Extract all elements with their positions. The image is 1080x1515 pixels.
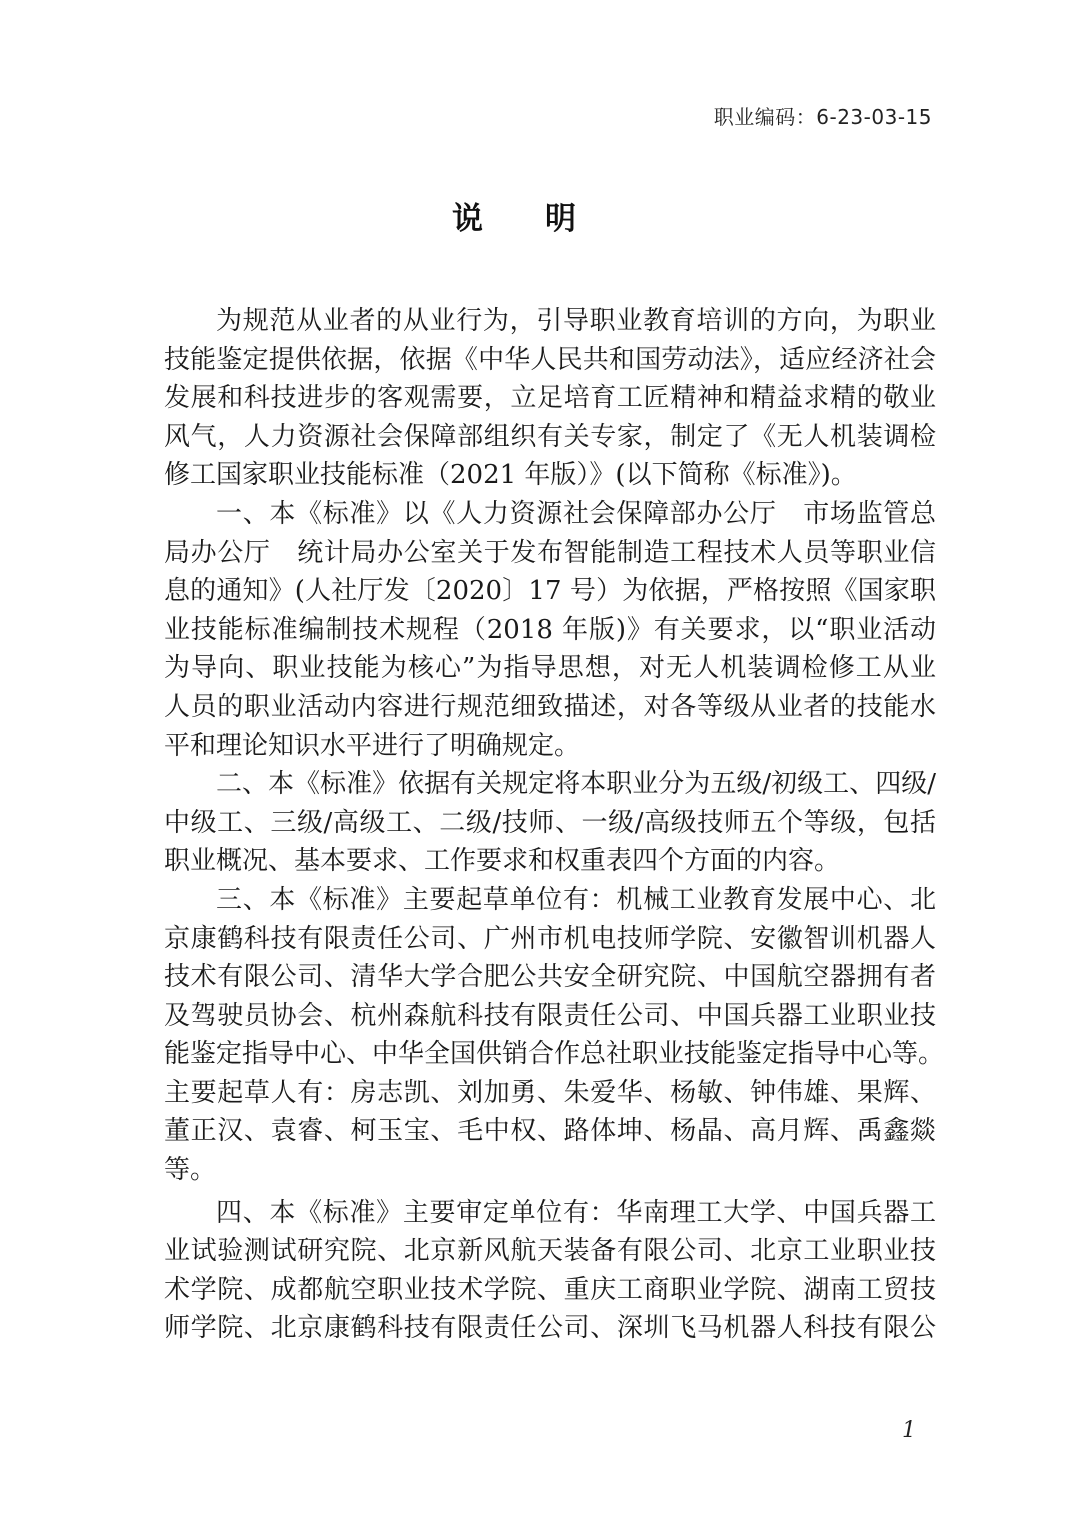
text-line: 息的通知》(人社厅发〔2020〕17 号）为依据，严格按照《国家职 [164,572,936,611]
text-line: 能鉴定指导中心、中华全国供销合作总社职业技能鉴定指导中心等。 [164,1035,936,1074]
paragraph-section-1: 一、本《标准》以《人力资源社会保障部办公厅 市场监管总 局办公厅 统计局办公室关… [164,495,936,765]
text-line: 中级工、三级/高级工、二级/技师、一级/高级技师五个等级，包括 [164,804,936,843]
text-line: 发展和科技进步的客观需要，立足培育工匠精神和精益求精的敬业 [164,379,936,418]
document-body: 为规范从业者的从业行为，引导职业教育培训的方向，为职业 技能鉴定提供依据，依据《… [164,302,936,1348]
text-line: 局办公厅 统计局办公室关于发布智能制造工程技术人员等职业信 [164,534,936,573]
text-line: 一、本《标准》以《人力资源社会保障部办公厅 市场监管总 [164,495,936,534]
text-line: 师学院、北京康鹤科技有限责任公司、深圳飞马机器人科技有限公 [164,1309,936,1348]
page-number: 1 [902,1418,916,1443]
text-line: 为导向、职业技能为核心”为指导思想，对无人机装调检修工从业 [164,649,936,688]
text-line: 京康鹤科技有限责任公司、广州市机电技师学院、安徽智训机器人 [164,920,936,959]
paragraph-section-4: 四、本《标准》主要审定单位有：华南理工大学、中国兵器工 业试验测试研究院、北京新… [164,1194,936,1348]
text-line: 业技能标准编制技术规程（2018 年版)》有关要求，以“职业活动 [164,611,936,650]
text-line: 四、本《标准》主要审定单位有：华南理工大学、中国兵器工 [164,1194,936,1233]
text-line: 技术有限公司、清华大学合肥公共安全研究院、中国航空器拥有者 [164,958,936,997]
paragraph-preface: 为规范从业者的从业行为，引导职业教育培训的方向，为职业 技能鉴定提供依据，依据《… [164,302,936,495]
text-line: 人员的职业活动内容进行规范细致描述，对各等级从业者的技能水 [164,688,936,727]
text-line: 职业概况、基本要求、工作要求和权重表四个方面的内容。 [164,842,936,881]
text-line: 平和理论知识水平进行了明确规定。 [164,727,936,766]
text-line: 技能鉴定提供依据，依据《中华人民共和国劳动法》，适应经济社会 [164,341,936,380]
text-line: 及驾驶员协会、杭州森航科技有限责任公司、中国兵器工业职业技 [164,997,936,1036]
text-line: 主要起草人有：房志凯、刘加勇、朱爱华、杨敏、钟伟雄、果辉、 [164,1074,936,1113]
text-line: 风气，人力资源社会保障部组织有关专家，制定了《无人机装调检 [164,418,936,457]
paragraph-section-3: 三、本《标准》主要起草单位有：机械工业教育发展中心、北 京康鹤科技有限责任公司、… [164,881,936,1190]
text-line: 董正汉、袁睿、柯玉宝、毛中权、路体坤、杨晶、高月辉、禹鑫燚 [164,1112,936,1151]
text-line: 修工国家职业技能标准（2021 年版）》(以下简称《标准》)。 [164,456,936,495]
text-line: 为规范从业者的从业行为，引导职业教育培训的方向，为职业 [164,302,936,341]
text-line: 术学院、成都航空职业技术学院、重庆工商职业学院、湖南工贸技 [164,1271,936,1310]
text-line: 三、本《标准》主要起草单位有：机械工业教育发展中心、北 [164,881,936,920]
text-line: 等。 [164,1151,936,1190]
text-line: 二、本《标准》依据有关规定将本职业分为五级/初级工、四级/ [164,765,936,804]
paragraph-section-2: 二、本《标准》依据有关规定将本职业分为五级/初级工、四级/ 中级工、三级/高级工… [164,765,936,881]
page-title: 说明 [0,193,1080,238]
text-line: 业试验测试研究院、北京新风航天装备有限公司、北京工业职业技 [164,1232,936,1271]
occupation-code: 职业编码：6-23-03-15 [714,101,932,130]
